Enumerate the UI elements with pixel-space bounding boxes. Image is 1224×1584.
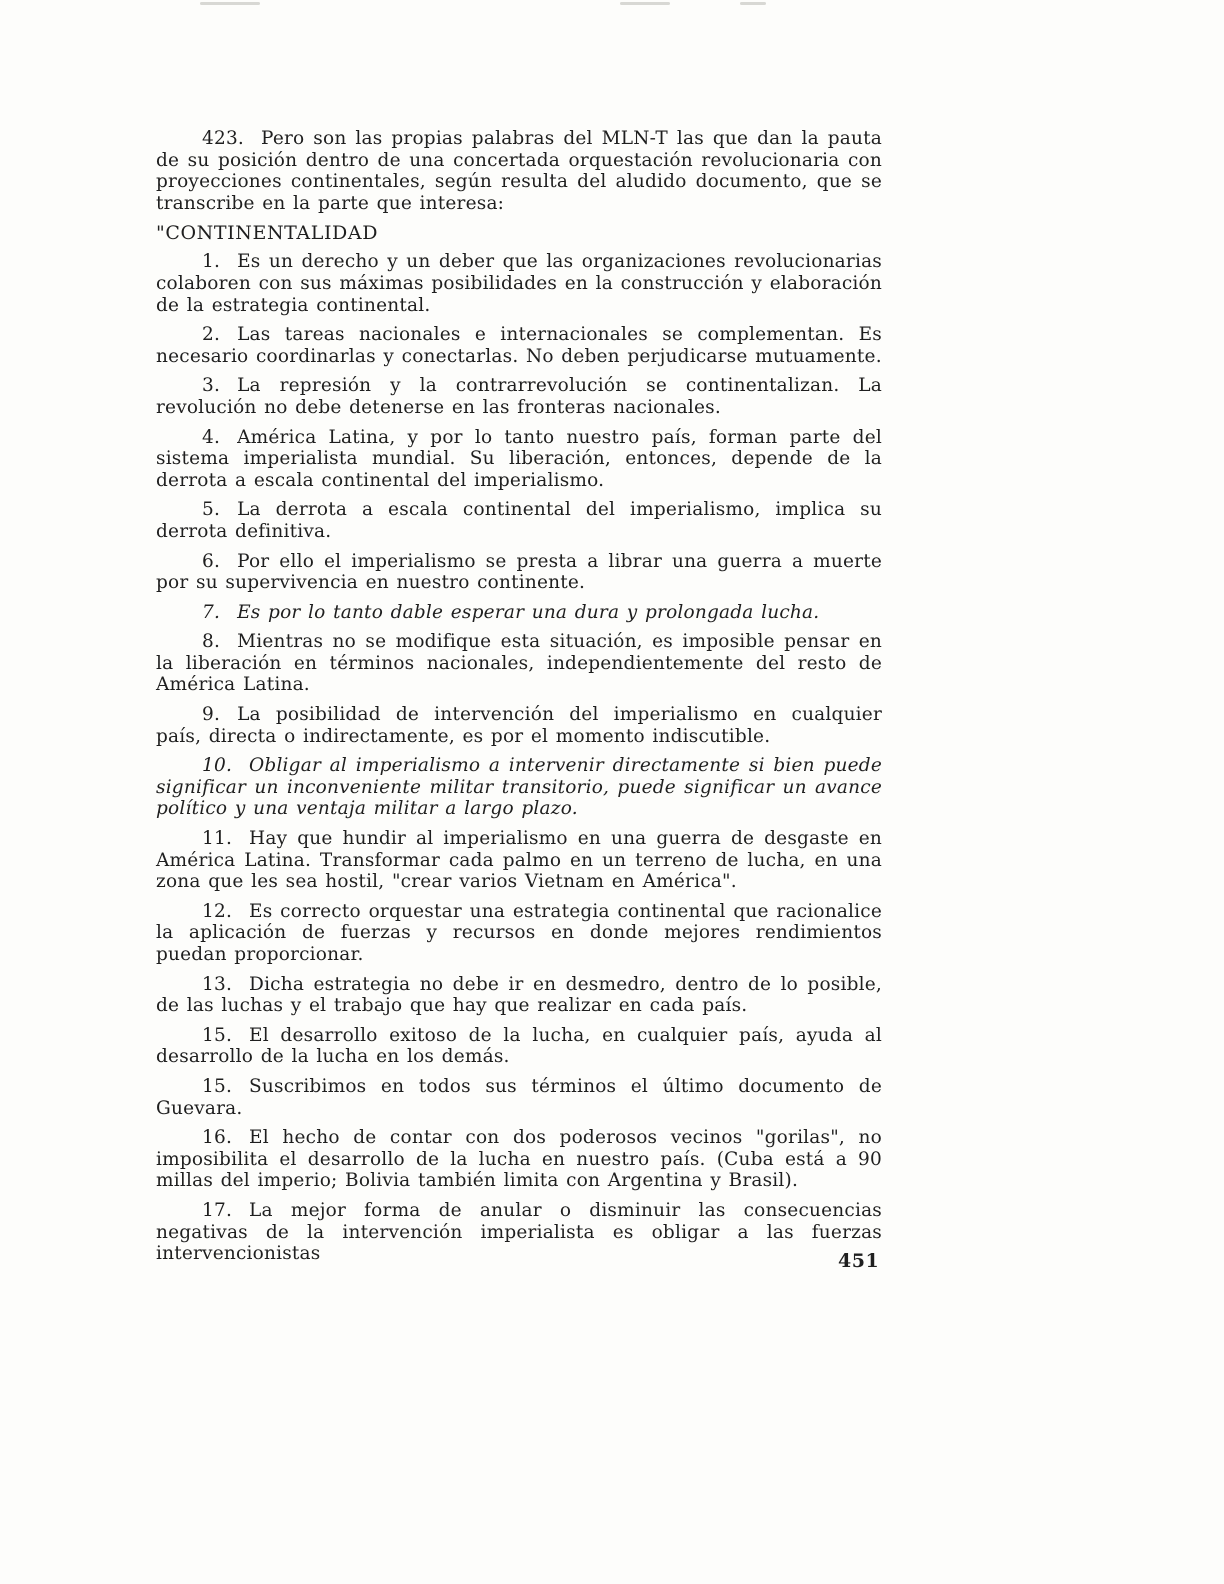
list-item-10: 10.Obligar al imperialismo a intervenir … xyxy=(156,755,882,820)
item-number: 4. xyxy=(202,427,237,448)
item-text: Es por lo tanto dable esperar una dura y… xyxy=(237,602,819,623)
item-number: 11. xyxy=(202,828,249,849)
list-item-16: 16.El hecho de contar con dos poderosos … xyxy=(156,1127,882,1192)
item-number: 9. xyxy=(202,704,237,725)
list-item-3: 3.La represión y la contrarrevolución se… xyxy=(156,375,882,418)
item-text: La mejor forma de anular o disminuir las… xyxy=(156,1200,882,1264)
item-text: América Latina, y por lo tanto nuestro p… xyxy=(156,427,882,491)
scan-artifact xyxy=(620,2,670,5)
item-number: 16. xyxy=(202,1127,249,1148)
item-number: 1. xyxy=(202,251,237,272)
item-number: 17. xyxy=(202,1200,249,1221)
list-item-12: 12.Es correcto orquestar una estrategia … xyxy=(156,901,882,966)
scan-artifact xyxy=(200,2,260,5)
item-text: Dicha estrategia no debe ir en desmedro,… xyxy=(156,974,882,1017)
item-text: La represión y la contrarrevolución se c… xyxy=(156,375,882,418)
list-item-15b: 15.Suscribimos en todos sus términos el … xyxy=(156,1076,882,1119)
item-text: Las tareas nacionales e internacionales … xyxy=(156,324,882,367)
paragraph-text: Pero son las propias palabras del MLN-T … xyxy=(156,128,882,214)
list-item-6: 6.Por ello el imperialismo se presta a l… xyxy=(156,551,882,594)
page-number: 451 xyxy=(838,1250,879,1272)
item-number: 13. xyxy=(202,974,249,995)
item-text: Por ello el imperialismo se presta a lib… xyxy=(156,551,882,594)
list-item-15a: 15.El desarrollo exitoso de la lucha, en… xyxy=(156,1025,882,1068)
list-item-5: 5.La derrota a escala continental del im… xyxy=(156,499,882,542)
item-number: 2. xyxy=(202,324,237,345)
item-text: Suscribimos en todos sus términos el últ… xyxy=(156,1076,882,1119)
item-text: Obligar al imperialismo a intervenir dir… xyxy=(156,755,882,819)
item-number: 3. xyxy=(202,375,237,396)
item-text: La posibilidad de intervención del imper… xyxy=(156,704,882,747)
item-number: 12. xyxy=(202,901,249,922)
list-item-11: 11.Hay que hundir al imperialismo en una… xyxy=(156,828,882,893)
section-heading: "CONTINENTALIDAD xyxy=(156,222,882,244)
item-text: El desarrollo exitoso de la lucha, en cu… xyxy=(156,1025,882,1068)
item-text: La derrota a escala continental del impe… xyxy=(156,499,882,542)
list-item-13: 13.Dicha estrategia no debe ir en desmed… xyxy=(156,974,882,1017)
list-item-2: 2.Las tareas nacionales e internacionale… xyxy=(156,324,882,367)
scan-artifact xyxy=(740,2,766,5)
item-number: 10. xyxy=(202,755,249,776)
text-column: 423.Pero son las propias palabras del ML… xyxy=(156,128,882,1273)
list-item-17: 17.La mejor forma de anular o disminuir … xyxy=(156,1200,882,1265)
list-item-8: 8.Mientras no se modifique esta situació… xyxy=(156,631,882,696)
paragraph-423: 423.Pero son las propias palabras del ML… xyxy=(156,128,882,214)
item-number: 5. xyxy=(202,499,237,520)
item-text: Es correcto orquestar una estrategia con… xyxy=(156,901,882,965)
item-text: Es un derecho y un deber que las organiz… xyxy=(156,251,882,315)
paragraph-number: 423. xyxy=(202,128,261,149)
list-item-4: 4.América Latina, y por lo tanto nuestro… xyxy=(156,427,882,492)
item-number: 8. xyxy=(202,631,237,652)
scanned-page: 423.Pero son las propias palabras del ML… xyxy=(0,0,1224,1584)
item-number: 15. xyxy=(202,1025,249,1046)
item-text: El hecho de contar con dos poderosos vec… xyxy=(156,1127,882,1191)
list-item-1: 1.Es un derecho y un deber que las organ… xyxy=(156,251,882,316)
item-number: 6. xyxy=(202,551,237,572)
item-text: Mientras no se modifique esta situación,… xyxy=(156,631,882,695)
item-number: 15. xyxy=(202,1076,249,1097)
list-item-7: 7.Es por lo tanto dable esperar una dura… xyxy=(156,602,882,624)
list-item-9: 9.La posibilidad de intervención del imp… xyxy=(156,704,882,747)
item-text: Hay que hundir al imperialismo en una gu… xyxy=(156,828,882,892)
item-number: 7. xyxy=(202,602,237,623)
